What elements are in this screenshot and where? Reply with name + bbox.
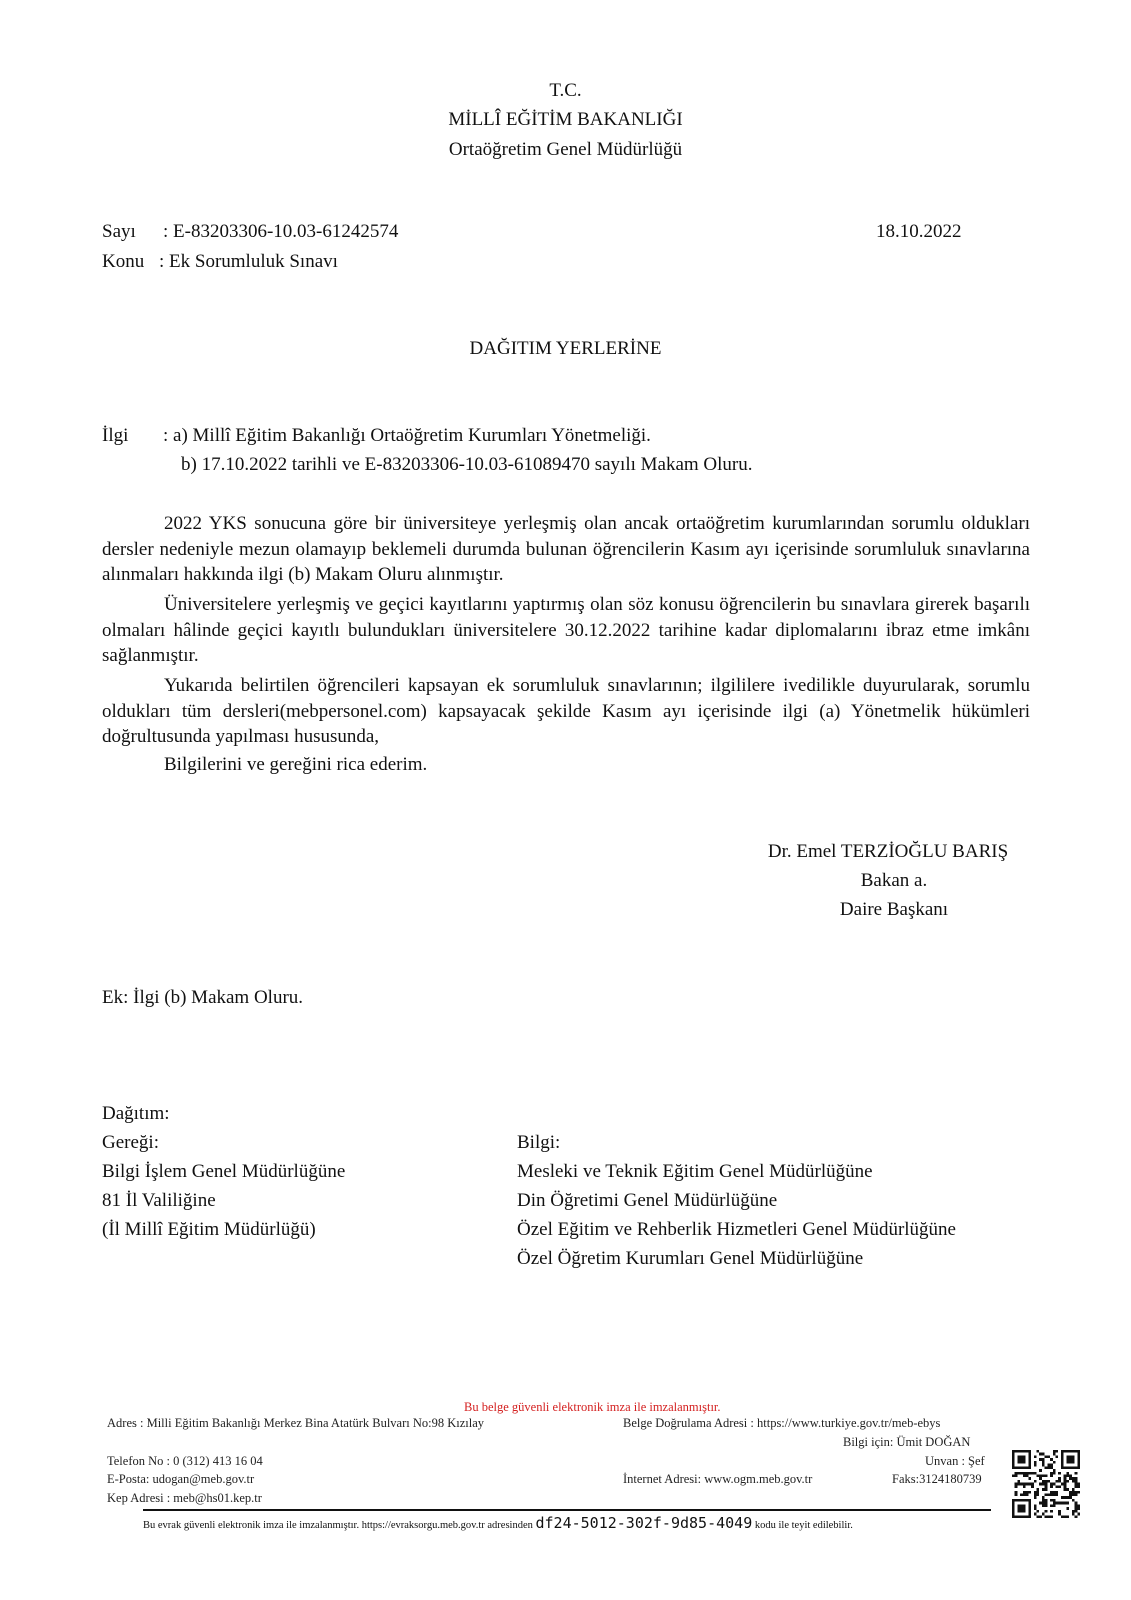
footer-verification-line: Bu evrak güvenli elektronik imza ile imz… — [143, 1514, 853, 1532]
verification-text-post: kodu ile teyit edilebilir. — [755, 1520, 853, 1531]
header-tc: T.C. — [0, 80, 1131, 102]
body-closing: Bilgilerini ve gereğini rica ederim. — [164, 754, 427, 776]
gereği-item: 81 İl Valiliğine — [102, 1190, 216, 1212]
footer-verify-url[interactable]: Belge Doğrulama Adresi : https://www.tur… — [623, 1416, 940, 1431]
addressee: DAĞITIM YERLERİNE — [0, 338, 1131, 360]
gereği-label: Gereği: — [102, 1132, 159, 1154]
ilgi-a: : a) Millî Eğitim Bakanlığı Ortaöğretim … — [163, 425, 651, 447]
konu-label: Konu — [102, 251, 144, 273]
gereği-item: (İl Millî Eğitim Müdürlüğü) — [102, 1219, 316, 1241]
footer-address: Adres : Milli Eğitim Bakanlığı Merkez Bi… — [107, 1416, 484, 1431]
bilgi-item: Özel Eğitim ve Rehberlik Hizmetleri Gene… — [517, 1219, 956, 1241]
bilgi-item: Din Öğretimi Genel Müdürlüğüne — [517, 1190, 777, 1212]
body-paragraph-1: 2022 YKS sonucuna göre bir üniversiteye … — [102, 511, 1030, 588]
ilgi-label: İlgi — [102, 425, 128, 447]
footer-title: Unvan : Şef — [925, 1454, 985, 1469]
gereği-item: Bilgi İşlem Genel Müdürlüğüne — [102, 1161, 345, 1183]
konu-value: : Ek Sorumluluk Sınavı — [159, 251, 338, 273]
sayi-label: Sayı — [102, 221, 136, 243]
esign-notice: Bu belge güvenli elektronik imza ile imz… — [464, 1400, 721, 1415]
footer-contact-person: Bilgi için: Ümit DOĞAN — [843, 1435, 970, 1450]
footer-phone: Telefon No : 0 (312) 413 16 04 — [107, 1454, 263, 1469]
sayi-value: : E-83203306-10.03-61242574 — [163, 221, 398, 243]
footer-divider — [143, 1509, 991, 1511]
footer-fax: Faks:3124180739 — [892, 1472, 982, 1487]
signatory-title-2: Daire Başkanı — [744, 899, 1044, 921]
verification-code[interactable]: df24-5012-302f-9d85-4049 — [536, 1514, 753, 1532]
footer-internet[interactable]: İnternet Adresi: www.ogm.meb.gov.tr — [623, 1472, 812, 1487]
verification-text-pre: Bu evrak güvenli elektronik imza ile imz… — [143, 1520, 533, 1531]
ilgi-b: b) 17.10.2022 tarihli ve E-83203306-10.0… — [181, 454, 753, 476]
body-paragraph-3: Yukarıda belirtilen öğrencileri kapsayan… — [102, 673, 1030, 750]
bilgi-item: Mesleki ve Teknik Eğitim Genel Müdürlüğü… — [517, 1161, 873, 1183]
header-ministry: MİLLÎ EĞİTİM BAKANLIĞI — [0, 109, 1131, 131]
attachment: Ek: İlgi (b) Makam Oluru. — [102, 987, 303, 1009]
header-department: Ortaöğretim Genel Müdürlüğü — [0, 139, 1131, 161]
distribution-heading: Dağıtım: — [102, 1103, 170, 1125]
footer-kep[interactable]: Kep Adresi : meb@hs01.kep.tr — [107, 1491, 262, 1506]
footer-email[interactable]: E-Posta: udogan@meb.gov.tr — [107, 1472, 254, 1487]
bilgi-item: Özel Öğretim Kurumları Genel Müdürlüğüne — [517, 1248, 863, 1270]
body-paragraph-2: Üniversitelere yerleşmiş ve geçici kayıt… — [102, 592, 1030, 669]
qr-code-icon[interactable] — [1012, 1450, 1080, 1518]
document-date: 18.10.2022 — [876, 221, 962, 243]
signatory-title-1: Bakan a. — [744, 870, 1044, 892]
bilgi-label: Bilgi: — [517, 1132, 560, 1154]
signatory-name: Dr. Emel TERZİOĞLU BARIŞ — [738, 841, 1038, 863]
